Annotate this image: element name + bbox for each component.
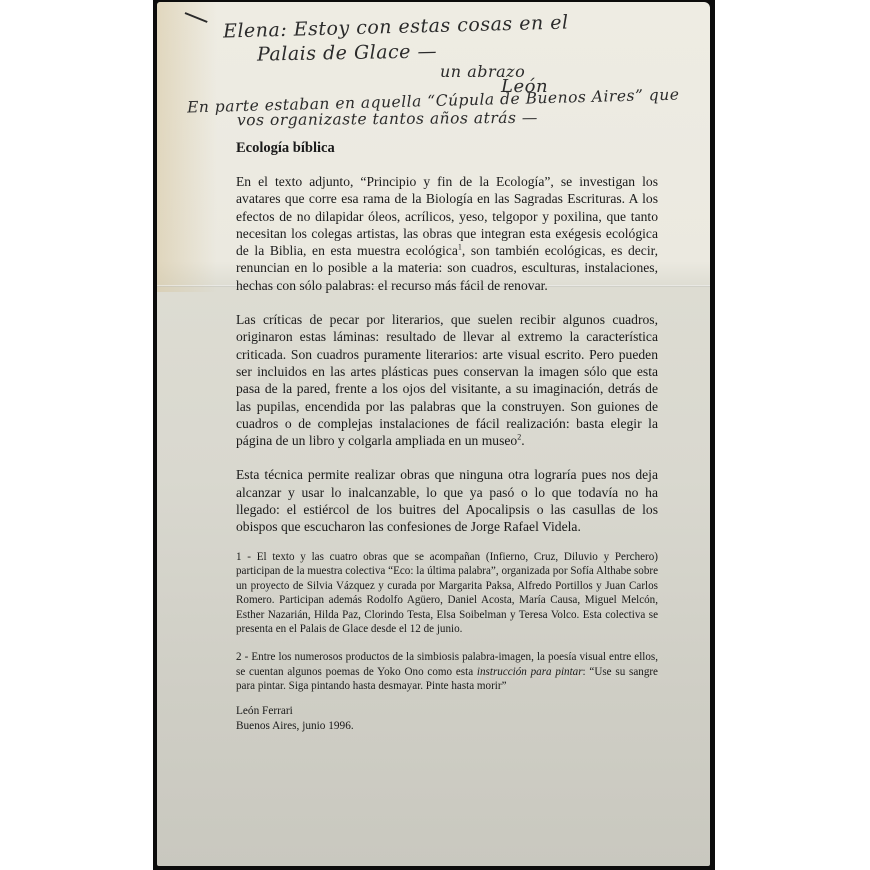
- document-title: Ecología bíblica: [236, 139, 658, 157]
- paragraph: Las críticas de pecar por literarios, qu…: [236, 311, 658, 449]
- handwritten-note-line: Elena: Estoy con estas cosas en el: [223, 11, 569, 42]
- paragraph: Esta técnica permite realizar obras que …: [236, 466, 658, 535]
- author-name: León Ferrari: [236, 704, 354, 719]
- signature-block: León Ferrari Buenos Aires, junio 1996.: [236, 704, 354, 733]
- document-body: Ecología bíblica En el texto adjunto, “P…: [236, 139, 658, 553]
- place-date: Buenos Aires, junio 1996.: [236, 719, 354, 734]
- document-sheet: Elena: Estoy con estas cosas en el Palai…: [157, 2, 710, 866]
- footnote: 2 - Entre los numerosos productos de la …: [236, 650, 658, 693]
- footnotes: 1 - El texto y las cuatro obras que se a…: [236, 550, 658, 708]
- handwritten-note-line: vos organizaste tantos años atrás —: [237, 109, 538, 130]
- handwritten-note-line: Palais de Glace —: [257, 40, 437, 65]
- staple-mark: [185, 12, 208, 23]
- paragraph: En el texto adjunto, “Principio y fin de…: [236, 173, 658, 294]
- footnote: 1 - El texto y las cuatro obras que se a…: [236, 550, 658, 636]
